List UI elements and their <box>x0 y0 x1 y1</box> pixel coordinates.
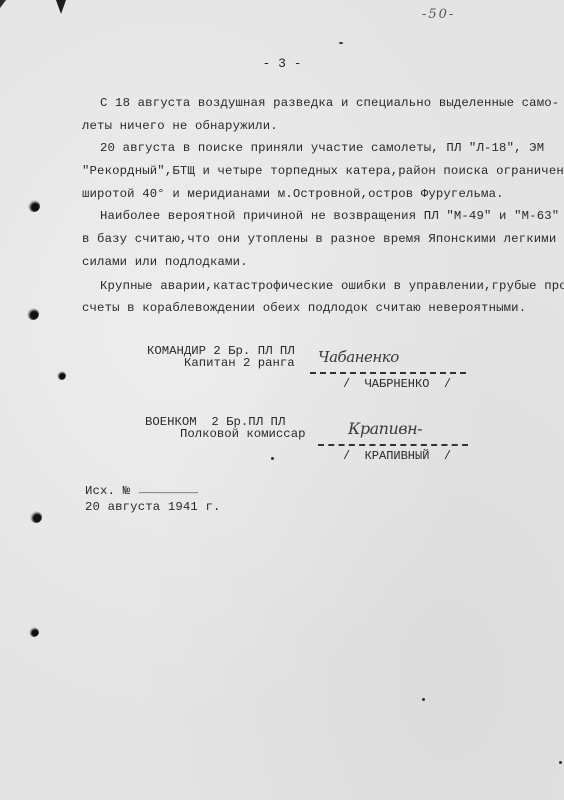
document-page: -50- - 3 - С 18 августа воздушная развед… <box>0 0 564 800</box>
ink-speck <box>271 457 274 460</box>
handwritten-signature: Чабаненко <box>318 348 399 366</box>
signatory-rank: Полковой комиссар <box>180 428 305 440</box>
signatory-name: / ЧАБРНЕНКО / <box>343 377 451 391</box>
handwritten-signature: Крапивн- <box>348 419 422 438</box>
binding-notch <box>56 0 66 14</box>
punch-hole <box>29 627 39 637</box>
page-number: - 3 - <box>0 56 564 71</box>
outgoing-number-blank: ________ <box>139 482 198 496</box>
signature-line <box>310 372 466 374</box>
signature-line <box>318 444 468 446</box>
signatory-name: / КРАПИВНЫЙ / <box>343 449 451 463</box>
punch-hole <box>57 371 66 380</box>
body-line: силами или подлодками. <box>82 255 248 269</box>
body-line: широтой 40° и меридианами м.Островной,ос… <box>82 187 504 201</box>
body-line: Крупные аварии,катастрофические ошибки в… <box>100 279 564 293</box>
signatory-rank: Капитан 2 ранга <box>184 357 295 369</box>
ink-speck <box>559 761 562 764</box>
torn-corner <box>0 0 6 8</box>
body-line: леты ничего не обнаружили. <box>82 119 278 133</box>
archive-page-mark: -50- <box>422 7 455 22</box>
body-line: С 18 августа воздушная разведка и специа… <box>100 96 559 110</box>
body-line: в базу считаю,что они утоплены в разное … <box>82 232 556 246</box>
body-line: Наиболее вероятной причиной не возвращен… <box>100 209 559 223</box>
body-line: счеты в кораблевождении обеих подлодок с… <box>82 301 526 315</box>
ink-speck <box>339 42 343 44</box>
document-date: 20 августа 1941 г. <box>85 500 221 514</box>
ink-speck <box>422 698 425 701</box>
punch-hole <box>27 308 39 320</box>
body-line: 20 августа в поиске приняли участие само… <box>100 141 544 155</box>
punch-hole <box>28 200 40 212</box>
punch-hole <box>30 511 42 523</box>
outgoing-number-label: Исх. № <box>85 484 130 498</box>
body-line: "Рекордный",БТЩ и четыре торпедных катер… <box>82 164 564 178</box>
